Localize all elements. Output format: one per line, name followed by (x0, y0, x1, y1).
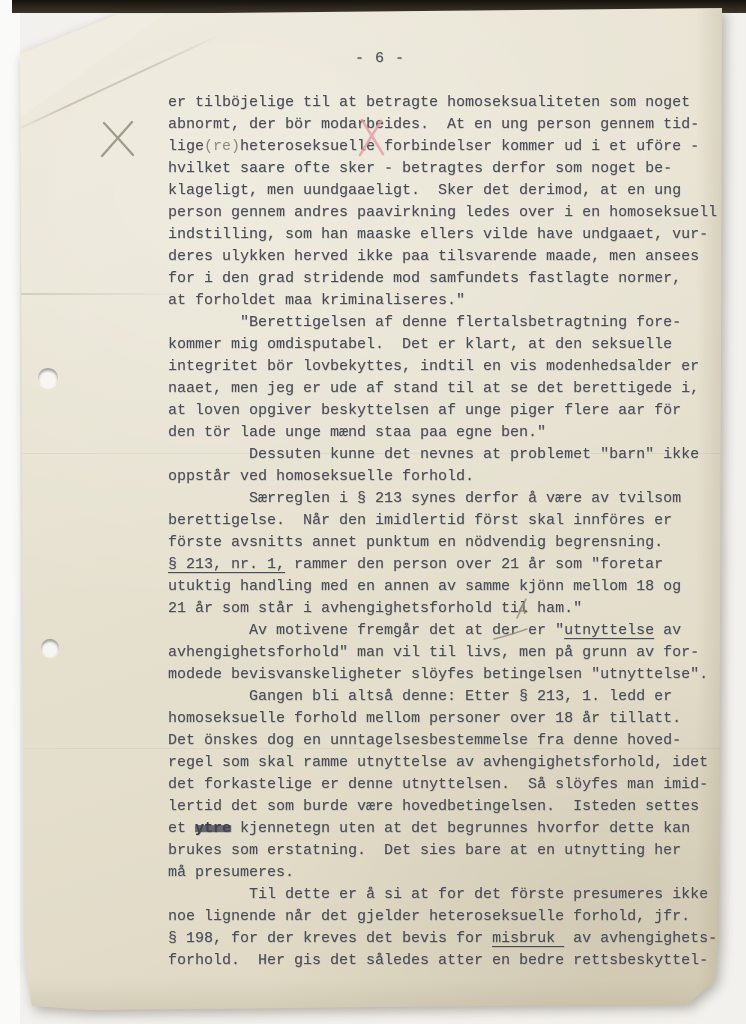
text-line: indstilling, som han maaske ellers vilde… (168, 224, 733, 246)
pencil-parentheses: (re) (204, 138, 240, 155)
text-line: at forholdet maa kriminaliseres." (168, 290, 733, 312)
text-line: lige(re)heteroseksuelle forbindelser kom… (168, 136, 733, 158)
text-line: Særreglen i § 213 synes derfor å være av… (168, 488, 733, 510)
text-line: regel som skal ramme utnyttelse av avhen… (168, 752, 733, 774)
paper-edge-shading-bottom (20, 978, 722, 1012)
typed-text: förste avsnitts annet punktum en nödvend… (168, 534, 663, 551)
text-line: förste avsnitts annet punktum en nödvend… (168, 532, 733, 554)
typed-text: lertid det som burde være hovedbetingels… (168, 798, 699, 815)
underlined-text: misbruk (492, 930, 564, 947)
underlined-text: § 213, nr. 1, (168, 556, 285, 573)
typed-text: et (168, 820, 195, 837)
overstruck-text: ytre (195, 820, 231, 837)
typed-text: utuktig handling med en annen av samme k… (168, 578, 681, 595)
text-line: deres ulykken herved ikke paa tilsvarend… (168, 246, 733, 268)
text-line: at loven opgiver beskyttelsen af unge pi… (168, 400, 733, 422)
typed-text: rammer den person over 21 år som "foreta… (285, 556, 663, 573)
text-line: naaet, men jeg er ude af stand til at se… (168, 378, 733, 400)
text-line: person gennem andres paavirkning ledes o… (168, 202, 733, 224)
text-line: berettigelse. Når den imidlertid först s… (168, 510, 733, 532)
page-number: - 6 - (310, 50, 450, 67)
text-line: Til dette er å si at for det förste pres… (168, 884, 733, 906)
typed-text: berettigelse. Når den imidlertid först s… (168, 512, 672, 529)
typed-text: at forholdet maa kriminaliseres." (168, 292, 465, 309)
text-line: 21 år som står i avhengighetsforhold til… (168, 598, 733, 620)
punch-hole-top (38, 368, 58, 388)
underlined-text: utnyttelse (564, 622, 654, 639)
typed-text: Av motivene fremgår det at der er " (168, 622, 564, 639)
text-line: integritet bör lovbekyttes, indtil en vi… (168, 356, 733, 378)
text-line: lertid det som burde være hovedbetingels… (168, 796, 733, 818)
typed-text: heteroseksuelle forbindelser kommer ud i… (240, 138, 699, 155)
paper-sheet-wrapper: - 6 - er tilböjelige til at betragte hom… (20, 6, 722, 1012)
typed-text: at loven opgiver beskyttelsen af unge pi… (168, 402, 681, 419)
scanner-background-left (0, 0, 20, 1024)
typed-text: av (654, 622, 681, 639)
pencil-x-margin-icon (102, 122, 133, 156)
text-line: et ytre kjennetegn uten at det begrunnes… (168, 818, 733, 840)
typed-text: Det önskes dog en unntagelsesbestemmelse… (168, 732, 681, 749)
text-line: "Berettigelsen af denne flertalsbetragtn… (168, 312, 733, 334)
typed-text: Til dette er å si at for det förste pres… (168, 886, 708, 903)
typed-text: avhengighetsforhold" man vil til livs, m… (168, 644, 699, 661)
typed-text: hvilket saare ofte sker - betragtes derf… (168, 160, 672, 177)
typed-text: oppstår ved homoseksuelle forhold. (168, 468, 474, 485)
typed-text: regel som skal ramme utnyttelse av avhen… (168, 754, 708, 771)
text-line: Gangen bli altså denne: Etter § 213, 1. … (168, 686, 733, 708)
text-line: hvilket saare ofte sker - betragtes derf… (168, 158, 733, 180)
text-line: brukes som erstatning. Det sies bare at … (168, 840, 733, 862)
scanned-document-page: - 6 - er tilböjelige til at betragte hom… (0, 0, 746, 1024)
paper-sheet: - 6 - er tilböjelige til at betragte hom… (20, 6, 722, 1012)
typed-text: modede bevisvanskeligheter slöyfes betin… (168, 666, 708, 683)
typed-text: Særreglen i § 213 synes derfor å være av… (168, 490, 681, 507)
typed-text: abnormt, der bör modarbeides. At en ung … (168, 116, 699, 133)
text-line: noe lignende når det gjelder heteroseksu… (168, 906, 733, 928)
typed-text: integritet bör lovbekyttes, indtil en vi… (168, 358, 699, 375)
typed-text: "Berettigelsen af denne flertalsbetragtn… (168, 314, 681, 331)
text-line: avhengighetsforhold" man vil til livs, m… (168, 642, 733, 664)
typed-text: homoseksuelle forhold mellom personer ov… (168, 710, 681, 727)
typed-text: den tör lade unge mænd staa paa egne ben… (168, 424, 546, 441)
typed-text: er tilböjelige til at betragte homoseksu… (168, 94, 690, 111)
text-line: oppstår ved homoseksuelle forhold. (168, 466, 733, 488)
typed-text: noe lignende når det gjelder heteroseksu… (168, 908, 690, 925)
text-line: abnormt, der bör modarbeides. At en ung … (168, 114, 733, 136)
typed-text: person gennem andres paavirkning ledes o… (168, 204, 717, 221)
text-line: modede bevisvanskeligheter slöyfes betin… (168, 664, 733, 686)
typed-text: må presumeres. (168, 864, 294, 881)
text-line: må presumeres. (168, 862, 733, 884)
text-line: for i den grad stridende mod samfundets … (168, 268, 733, 290)
typed-text: § 198, for der kreves det bevis for (168, 930, 492, 947)
typed-text: forhold. Her gis det således atter en be… (168, 952, 708, 969)
text-line: utuktig handling med en annen av samme k… (168, 576, 733, 598)
text-line: Av motivene fremgår det at der er "utnyt… (168, 620, 733, 642)
text-line: forhold. Her gis det således atter en be… (168, 950, 733, 972)
typed-text: deres ulykken herved ikke paa tilsvarend… (168, 248, 699, 265)
text-line: Dessuten kunne det nevnes at problemet "… (168, 444, 733, 466)
pencil-insert-numeral: 4 (517, 600, 528, 619)
typed-text: kjennetegn uten at det begrunnes hvorfor… (231, 820, 690, 837)
typed-text: kommer mig omdisputabel. Det er klart, a… (168, 336, 672, 353)
typed-text: Dessuten kunne det nevnes at problemet "… (168, 446, 699, 463)
text-line: § 198, for der kreves det bevis for misb… (168, 928, 733, 950)
typed-text: klageligt, men uundgaaeligt. Sker det de… (168, 182, 681, 199)
punch-hole-bottom (41, 639, 59, 657)
typed-text: Gangen bli altså denne: Etter § 213, 1. … (168, 688, 672, 705)
typed-text: for i den grad stridende mod samfundets … (168, 270, 681, 287)
typed-text: det forkastelige er denne utnyttelsen. S… (168, 776, 708, 793)
text-line: den tör lade unge mænd staa paa egne ben… (168, 422, 733, 444)
typed-text: naaet, men jeg er ude af stand til at se… (168, 380, 699, 397)
typed-text: brukes som erstatning. Det sies bare at … (168, 842, 681, 859)
text-line: klageligt, men uundgaaeligt. Sker det de… (168, 180, 733, 202)
text-line: Det önskes dog en unntagelsesbestemmelse… (168, 730, 733, 752)
text-line: det forkastelige er denne utnyttelsen. S… (168, 774, 733, 796)
typed-text: indstilling, som han maaske ellers vilde… (168, 226, 708, 243)
typed-text: lige (168, 138, 204, 155)
document-text: er tilböjelige til at betragte homoseksu… (168, 92, 733, 972)
text-line: er tilböjelige til at betragte homoseksu… (168, 92, 733, 114)
text-line: kommer mig omdisputabel. Det er klart, a… (168, 334, 733, 356)
typed-text: av avhengighets- (564, 930, 717, 947)
text-line: § 213, nr. 1, rammer den person over 21 … (168, 554, 733, 576)
text-line: homoseksuelle forhold mellom personer ov… (168, 708, 733, 730)
